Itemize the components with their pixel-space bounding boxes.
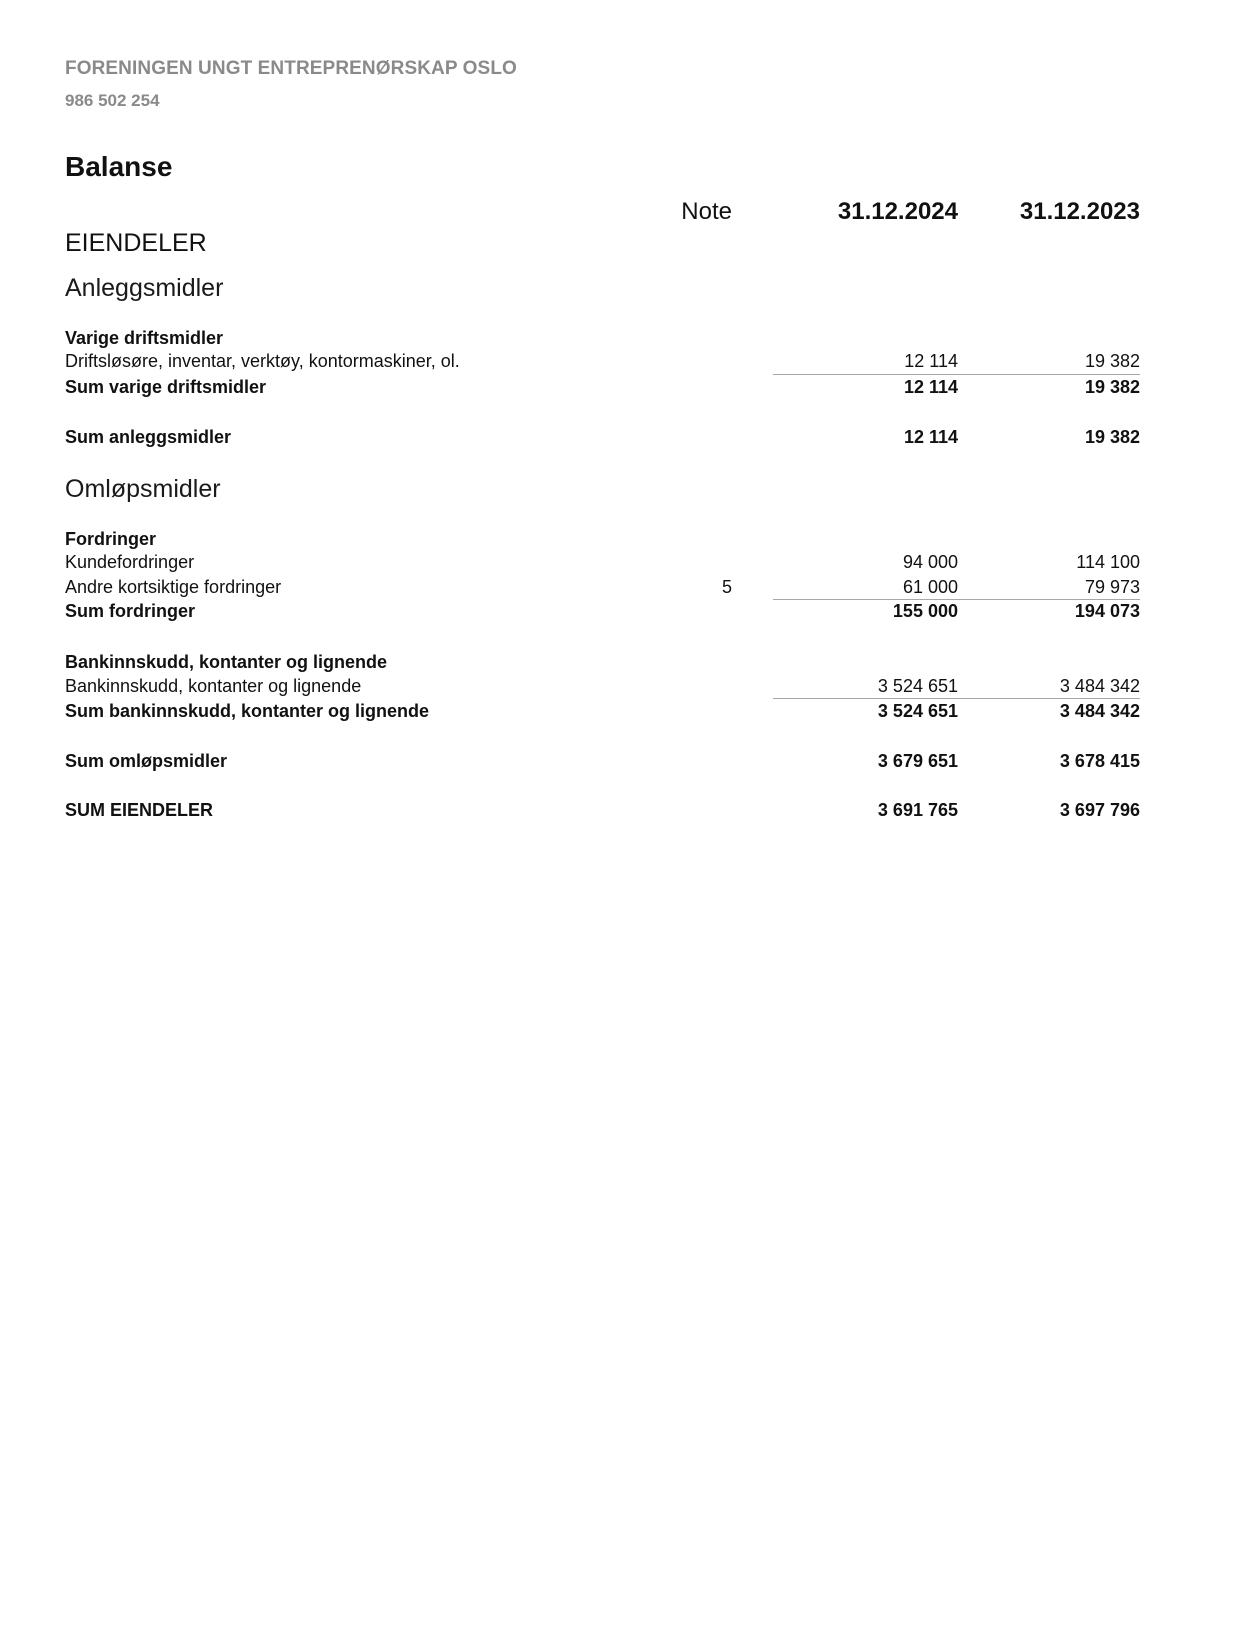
group-title-anleggsmidler: Anleggsmidler [65, 274, 223, 303]
row-label: Sum anleggsmidler [65, 427, 231, 448]
organization-number: 986 502 254 [65, 91, 160, 111]
row-value-2023: 3 484 342 [960, 701, 1140, 722]
column-header-2024: 31.12.2024 [780, 198, 958, 226]
sum-divider [773, 599, 1140, 600]
row-label: Kundefordringer [65, 552, 194, 573]
row-value-2024: 12 114 [780, 427, 958, 448]
table-row: Bankinnskudd, kontanter og lignende 3 52… [65, 676, 1140, 698]
row-value-2024: 3 691 765 [780, 800, 958, 821]
sum-row-omlopsmidler: Sum omløpsmidler 3 679 651 3 678 415 [65, 751, 1140, 773]
row-label: Fordringer [65, 529, 156, 550]
row-value-2023: 3 484 342 [960, 676, 1140, 697]
row-value-2024: 12 114 [780, 351, 958, 372]
row-value-2023: 79 973 [960, 577, 1140, 598]
row-label: Sum fordringer [65, 601, 195, 622]
row-label: Sum bankinnskudd, kontanter og lignende [65, 701, 429, 722]
subheader-varige-driftsmidler: Varige driftsmidler [65, 328, 1140, 350]
row-value-2023: 19 382 [960, 427, 1140, 448]
row-value-2023: 114 100 [960, 552, 1140, 573]
row-value-2024: 155 000 [780, 601, 958, 622]
column-header-note: Note [620, 198, 732, 226]
balance-sheet-page: FORENINGEN UNGT ENTREPRENØRSKAP OSLO 986… [0, 0, 1240, 1645]
sum-row: Sum varige driftsmidler 12 114 19 382 [65, 377, 1140, 399]
subheader-bankinnskudd: Bankinnskudd, kontanter og lignende [65, 652, 1140, 674]
row-value-2024: 94 000 [780, 552, 958, 573]
row-label: Bankinnskudd, kontanter og lignende [65, 652, 387, 673]
row-label: Andre kortsiktige fordringer [65, 577, 281, 598]
row-value-2024: 12 114 [780, 377, 958, 398]
row-value-2023: 194 073 [960, 601, 1140, 622]
table-row: Andre kortsiktige fordringer 5 61 000 79… [65, 577, 1140, 599]
row-label: Varige driftsmidler [65, 328, 223, 349]
row-value-2024: 61 000 [780, 577, 958, 598]
row-value-2024: 3 679 651 [780, 751, 958, 772]
sum-row: Sum fordringer 155 000 194 073 [65, 601, 1140, 623]
row-note: 5 [620, 577, 732, 598]
sum-row: Sum bankinnskudd, kontanter og lignende … [65, 701, 1140, 723]
row-label: Sum varige driftsmidler [65, 377, 266, 398]
table-row: Kundefordringer 94 000 114 100 [65, 552, 1140, 574]
row-value-2023: 19 382 [960, 377, 1140, 398]
sum-divider [773, 698, 1140, 699]
subheader-fordringer: Fordringer [65, 529, 1140, 551]
sum-row-anleggsmidler: Sum anleggsmidler 12 114 19 382 [65, 427, 1140, 449]
row-value-2024: 3 524 651 [780, 676, 958, 697]
row-value-2023: 19 382 [960, 351, 1140, 372]
row-value-2024: 3 524 651 [780, 701, 958, 722]
total-row-sum-eiendeler: SUM EIENDELER 3 691 765 3 697 796 [65, 800, 1140, 822]
row-value-2023: 3 678 415 [960, 751, 1140, 772]
column-header-2023: 31.12.2023 [960, 198, 1140, 226]
row-label: Sum omløpsmidler [65, 751, 227, 772]
sum-divider [773, 374, 1140, 375]
page-title: Balanse [65, 151, 172, 183]
organization-name: FORENINGEN UNGT ENTREPRENØRSKAP OSLO [65, 58, 517, 80]
row-label: SUM EIENDELER [65, 800, 213, 821]
section-title-eiendeler: EIENDELER [65, 229, 207, 258]
group-title-omlopsmidler: Omløpsmidler [65, 475, 221, 504]
row-value-2023: 3 697 796 [960, 800, 1140, 821]
row-label: Driftsløsøre, inventar, verktøy, kontorm… [65, 351, 460, 372]
row-label: Bankinnskudd, kontanter og lignende [65, 676, 361, 697]
table-row: Driftsløsøre, inventar, verktøy, kontorm… [65, 351, 1140, 373]
